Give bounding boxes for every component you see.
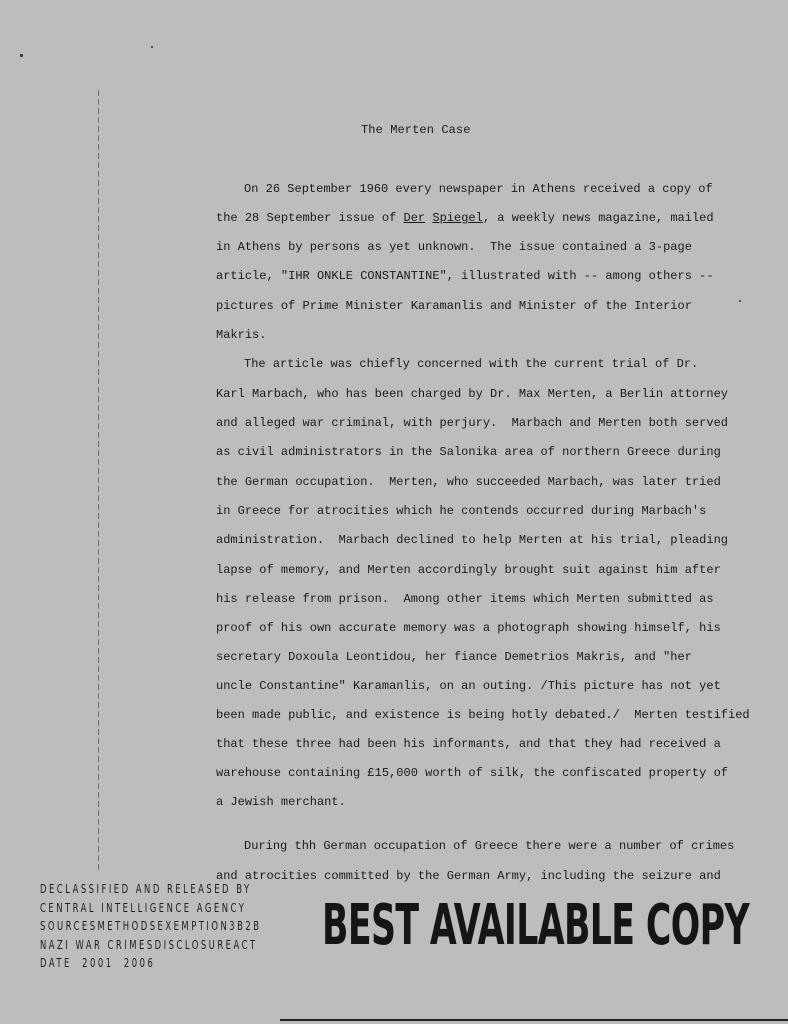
paragraph-2-line-15: warehouse containing £15,000 worth of si… (216, 765, 728, 781)
stamp-line: DATE 2001 2006 (40, 954, 262, 973)
paragraph-3-line-1: During thh German occupation of Greece t… (244, 838, 734, 854)
document-title: The Merten Case (361, 123, 471, 137)
paragraph-2-line-16: a Jewish merchant. (216, 794, 346, 810)
declassification-stamp: DECLASSIFIED AND RELEASED BYCENTRAL INTE… (40, 880, 262, 973)
paragraph-2-line-7: administration. Marbach declined to help… (216, 532, 728, 548)
paragraph-1-line-1: On 26 September 1960 every newspaper in … (244, 181, 713, 197)
left-margin-line (98, 90, 99, 870)
paragraph-1-line-6: Makris. (216, 327, 266, 343)
paragraph-2-line-10: proof of his own accurate memory was a p… (216, 620, 721, 636)
paragraph-1-line-5: pictures of Prime Minister Karamanlis an… (216, 298, 692, 314)
paragraph-1-line-3: in Athens by persons as yet unknown. The… (216, 239, 692, 255)
paragraph-2-line-2: Karl Marbach, who has been charged by Dr… (216, 386, 728, 402)
publication-name-der: Der (404, 211, 426, 225)
paragraph-2-line-8: lapse of memory, and Merten accordingly … (216, 562, 721, 578)
scan-speck (739, 300, 741, 302)
paragraph-2-line-12: uncle Constantine" Karamanlis, on an out… (216, 678, 721, 694)
paragraph-2-line-14: that these three had been his informants… (216, 736, 721, 752)
stamp-line: CENTRAL INTELLIGENCE AGENCY (40, 899, 262, 918)
paragraph-2-line-4: as civil administrators in the Salonika … (216, 444, 721, 460)
paragraph-2-line-1: The article was chiefly concerned with t… (244, 356, 698, 372)
stamp-line: NAZI WAR CRIMESDISCLOSUREACT (40, 936, 262, 955)
document-page: The Merten Case On 26 September 1960 eve… (0, 0, 788, 1024)
paragraph-2-line-11: secretary Doxoula Leontidou, her fiance … (216, 649, 692, 665)
text-run: , a weekly news magazine, mailed (483, 211, 714, 225)
paragraph-2-line-6: in Greece for atrocities which he conten… (216, 503, 706, 519)
paragraph-2-line-9: his release from prison. Among other ite… (216, 591, 714, 607)
scan-speck (151, 46, 153, 48)
paragraph-1-line-2: the 28 September issue of Der Spiegel, a… (216, 210, 714, 226)
paragraph-3-line-2: and atrocities committed by the German A… (216, 868, 721, 884)
stamp-line: DECLASSIFIED AND RELEASED BY (40, 880, 262, 899)
best-available-copy-stamp: BEST AVAILABLE COPY (322, 896, 749, 956)
scan-speck (20, 54, 23, 57)
paragraph-2-line-13: been made public, and existence is being… (216, 707, 750, 723)
bottom-edge-line (280, 1019, 788, 1021)
stamp-line: SOURCESMETHODSEXEMPTION3B2B (40, 917, 262, 936)
text-run: the 28 September issue of (216, 211, 404, 225)
paragraph-2-line-3: and alleged war criminal, with perjury. … (216, 415, 728, 431)
paragraph-1-line-4: article, "IHR ONKLE CONSTANTINE", illust… (216, 268, 714, 284)
publication-name-spiegel: Spiegel (432, 211, 482, 225)
paragraph-2-line-5: the German occupation. Merten, who succe… (216, 474, 721, 490)
